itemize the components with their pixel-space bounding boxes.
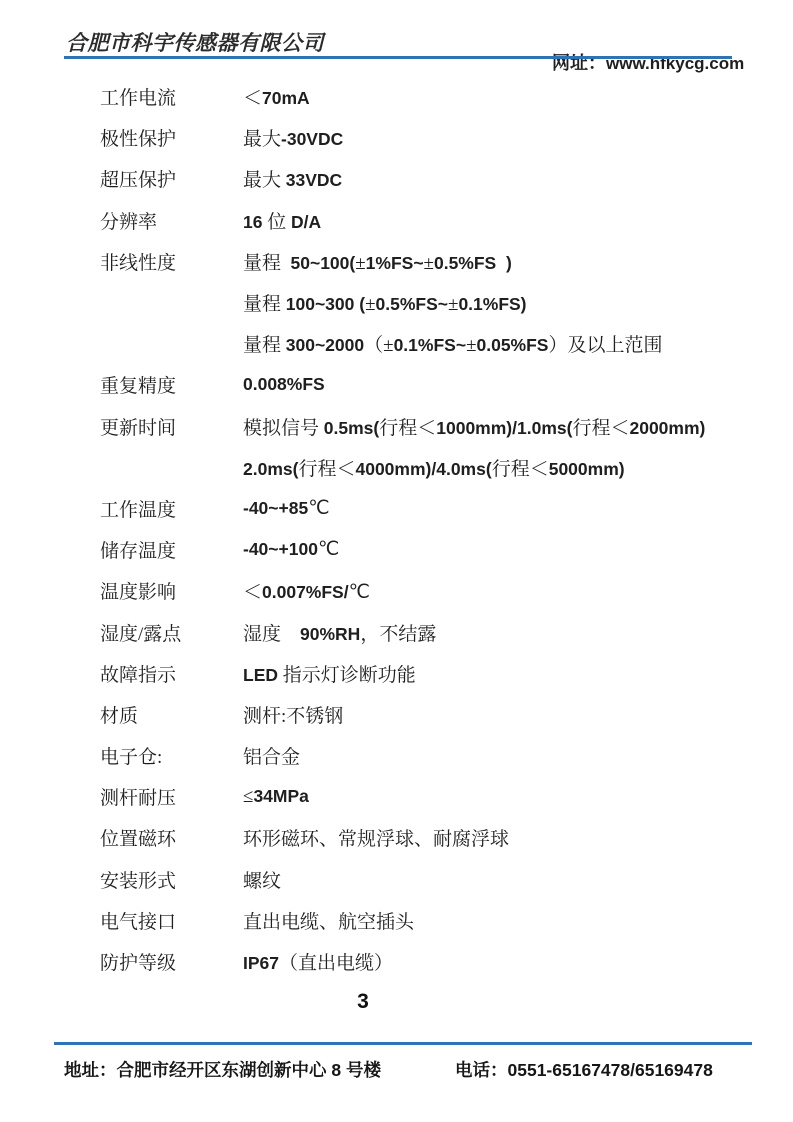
spec-label: 重复精度 [100,371,243,398]
spec-value: 直出电缆、航空插头 [243,907,414,934]
spec-label: 防护等级 [100,948,243,975]
spec-value: -40~+100℃ [243,538,339,561]
spec-label: 湿度/露点 [100,619,243,646]
address-label: 地址： [64,1060,117,1080]
spec-label: 材质 [100,701,243,728]
spec-value: -40~+85℃ [243,497,330,520]
spec-row: 量程 300~2000（±0.1%FS~±0.05%FS）及以上范围 [100,323,760,364]
spec-row: 非线性度量程 50~100(±1%FS~±0.5%FS ) [100,241,760,282]
spec-row: 电气接口直出电缆、航空插头 [100,900,760,941]
spec-label: 温度影响 [100,577,243,604]
spec-label: 工作电流 [100,83,243,110]
spec-row: 工作温度-40~+85℃ [100,488,760,529]
spec-row: 材质测杆:不锈钢 [100,694,760,735]
spec-row: 2.0ms(行程＜4000mm)/4.0ms(行程＜5000mm) [100,447,760,488]
footer-address: 地址：合肥市经开区东湖创新中心 8 号楼 [64,1057,381,1082]
spec-row: 位置磁环环形磁环、常规浮球、耐腐浮球 [100,817,760,858]
spec-label: 储存温度 [100,536,243,563]
spec-row: 储存温度-40~+100℃ [100,529,760,570]
spec-value: ＜0.007%FS/℃ [243,577,370,604]
address-value: 合肥市经开区东湖创新中心 8 号楼 [117,1060,381,1080]
spec-label: 极性保护 [100,124,243,151]
spec-value: 量程 100~300 (±0.5%FS~±0.1%FS) [243,289,527,316]
footer-divider [54,1042,752,1045]
spec-value: ＜70mA [243,83,310,110]
spec-label: 安装形式 [100,866,243,893]
spec-value: 螺纹 [243,866,281,893]
spec-value: ≤34MPa [243,786,309,808]
spec-label: 分辨率 [100,207,243,234]
spec-row: 更新时间模拟信号 0.5ms(行程＜1000mm)/1.0ms(行程＜2000m… [100,406,760,447]
spec-label: 电气接口 [100,907,243,934]
spec-value: 最大-30VDC [243,124,343,151]
spec-value: 湿度 90%RH，不结露 [243,619,436,646]
spec-value: 0.008%FS [243,374,325,396]
spec-value: 量程 300~2000（±0.1%FS~±0.05%FS）及以上范围 [243,330,663,357]
page-number: 3 [0,990,726,1014]
spec-table: 工作电流＜70mA极性保护最大-30VDC超压保护最大 33VDC分辨率16 位… [100,76,760,982]
spec-label: 位置磁环 [100,824,243,851]
phone-value: 0551-65167478/65169478 [508,1060,713,1080]
spec-label: 非线性度 [100,248,243,275]
company-name: 合肥市科宇传感器有限公司 [66,27,324,57]
spec-row: 极性保护最大-30VDC [100,117,760,158]
spec-label: 故障指示 [100,660,243,687]
spec-value: 模拟信号 0.5ms(行程＜1000mm)/1.0ms(行程＜2000mm) [243,413,705,440]
spec-label: 电子仓: [100,742,243,769]
spec-row: 工作电流＜70mA [100,76,760,117]
spec-label: 测杆耐压 [100,783,243,810]
spec-row: 电子仓:铝合金 [100,735,760,776]
document-page: 合肥市科宇传感器有限公司 网址：www.hfkycg.com 工作电流＜70mA… [0,0,793,1122]
spec-value: 铝合金 [243,742,300,769]
spec-label: 更新时间 [100,413,243,440]
spec-row: 湿度/露点湿度 90%RH，不结露 [100,611,760,652]
spec-value: LED 指示灯诊断功能 [243,660,416,687]
spec-value: 量程 50~100(±1%FS~±0.5%FS ) [243,248,512,275]
spec-row: 重复精度0.008%FS [100,364,760,405]
spec-row: 防护等级IP67（直出电缆） [100,941,760,982]
spec-value: 环形磁环、常规浮球、耐腐浮球 [243,824,509,851]
spec-row: 量程 100~300 (±0.5%FS~±0.1%FS) [100,282,760,323]
spec-row: 分辨率16 位 D/A [100,200,760,241]
phone-label: 电话： [455,1060,508,1080]
spec-row: 超压保护最大 33VDC [100,158,760,199]
spec-value: 最大 33VDC [243,165,342,192]
spec-row: 故障指示LED 指示灯诊断功能 [100,653,760,694]
spec-value: 16 位 D/A [243,207,321,234]
spec-row: 安装形式螺纹 [100,859,760,900]
spec-value: IP67（直出电缆） [243,948,393,975]
footer-phone: 电话：0551-65167478/65169478 [455,1057,713,1082]
spec-label: 工作温度 [100,495,243,522]
spec-row: 测杆耐压≤34MPa [100,776,760,817]
spec-row: 温度影响＜0.007%FS/℃ [100,570,760,611]
spec-value: 测杆:不锈钢 [243,701,343,728]
header-divider [64,56,732,59]
spec-label: 超压保护 [100,165,243,192]
spec-value: 2.0ms(行程＜4000mm)/4.0ms(行程＜5000mm) [243,454,625,481]
